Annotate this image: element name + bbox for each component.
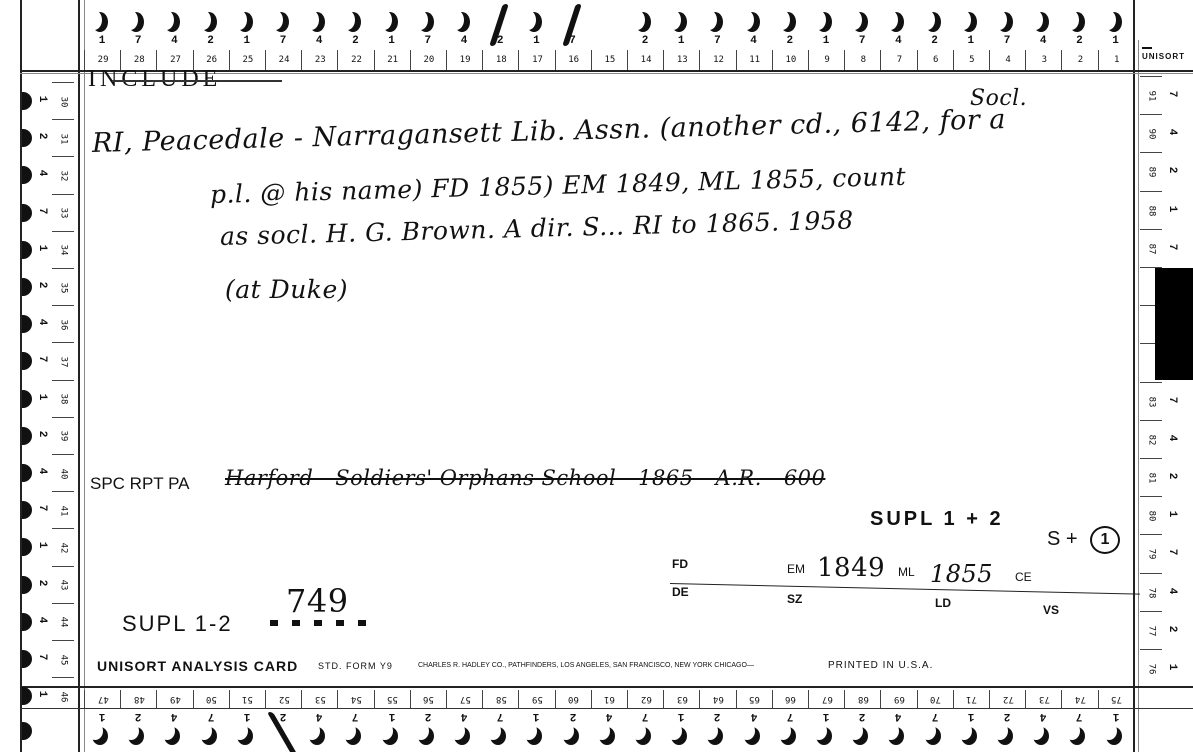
- supl-left-label: SUPL 1-2: [122, 611, 233, 637]
- cell-number: 72: [1003, 690, 1014, 708]
- punch-hole-icon: [961, 12, 979, 34]
- top-cell-6: 6: [917, 50, 954, 70]
- punch-hole-icon: [273, 12, 291, 34]
- code-digit: 4: [454, 35, 474, 47]
- cell-number: 66: [785, 690, 796, 708]
- cell-number: 40: [58, 468, 68, 479]
- code-digit: 4: [309, 35, 329, 47]
- cell-number: 89: [1146, 167, 1156, 178]
- code-digit: 1: [526, 35, 546, 47]
- hole-shape: [780, 727, 796, 745]
- top-cell-17: 17: [518, 50, 555, 70]
- code-digit: 1: [961, 710, 981, 722]
- cell-number: 41: [58, 505, 68, 516]
- hole-shape: [273, 12, 289, 32]
- top-cell-22: 22: [337, 50, 374, 70]
- code-digit: 2: [201, 35, 221, 47]
- footer-form: STD. FORM Y9: [318, 661, 393, 671]
- punch-hole-icon: [22, 501, 32, 519]
- code-digit: 7: [1166, 88, 1178, 100]
- right-strip-inner-border: [1138, 40, 1139, 752]
- code-digit: 4: [1033, 710, 1053, 722]
- punch-hole-icon: [22, 129, 32, 147]
- cell-number: 50: [206, 690, 217, 708]
- ce-label: CE: [1015, 570, 1032, 584]
- right-cell-78: 78: [1140, 573, 1162, 612]
- code-digit: 2: [36, 130, 48, 142]
- bottom-cell-54: 54: [337, 690, 374, 708]
- punch-hole-icon: [382, 12, 400, 34]
- code-digit: 2: [997, 710, 1017, 722]
- punch-hole-icon: [707, 12, 725, 34]
- cell-number: 46: [58, 691, 68, 702]
- cell-number: 32: [58, 171, 68, 182]
- top-cell-16: 16: [555, 50, 592, 70]
- cell-number: 87: [1146, 243, 1156, 254]
- punch-hole-icon: [22, 204, 32, 222]
- punch-hole-icon: [237, 12, 255, 34]
- top-cell-18: 18: [482, 50, 519, 70]
- hole-shape: [1106, 12, 1122, 32]
- left-cell-33: 33: [52, 194, 74, 232]
- entry-line-3: as socl. H. G. Brown. A dir. S... RI to …: [220, 205, 854, 251]
- cell-number: 62: [641, 690, 652, 708]
- code-digit: 7: [36, 502, 48, 514]
- punch-hole-icon: [671, 727, 689, 747]
- entry-line-4: (at Duke): [225, 275, 348, 304]
- bottom-cell-66: 66: [772, 690, 809, 708]
- hole-shape: [1069, 12, 1085, 32]
- bottom-cell-75: 75: [1098, 690, 1135, 708]
- bottom-code-line: [20, 708, 1193, 709]
- code-digit: 7: [1166, 546, 1178, 558]
- hole-shape: [345, 727, 361, 745]
- punch-hole-icon: [92, 727, 110, 747]
- punch-hole-icon: [22, 315, 32, 333]
- footer-publisher: CHARLES R. HADLEY CO., PATHFINDERS, LOS …: [418, 662, 754, 669]
- cell-number: 63: [677, 690, 688, 708]
- code-digit: 1: [92, 35, 112, 47]
- left-cell-37: 37: [52, 342, 74, 380]
- punch-hole-icon: [925, 12, 943, 34]
- bottom-cell-72: 72: [989, 690, 1026, 708]
- punch-hole-icon: [22, 390, 32, 408]
- cell-number: 55: [387, 690, 398, 708]
- cell-number: 61: [604, 690, 615, 708]
- cell-number: 33: [58, 208, 68, 219]
- code-digit: 4: [36, 465, 48, 477]
- punch-hole-icon: [22, 427, 32, 445]
- code-digit: 4: [1166, 126, 1178, 138]
- punch-hole-icon: [707, 727, 725, 747]
- cell-number: 68: [858, 690, 869, 708]
- top-cell-3: 3: [1025, 50, 1062, 70]
- top-cell-19: 19: [446, 50, 483, 70]
- hole-shape: [961, 727, 977, 745]
- hole-shape: [635, 12, 651, 32]
- hole-shape: [671, 727, 687, 745]
- hole-shape: [961, 12, 977, 32]
- punch-hole-icon: [22, 722, 32, 740]
- left-cell-34: 34: [52, 231, 74, 269]
- punch-hole-icon: [852, 727, 870, 747]
- cell-number: 74: [1075, 690, 1086, 708]
- left-cell-40: 40: [52, 454, 74, 492]
- cell-number: 35: [58, 282, 68, 293]
- left-cell-46: 46: [52, 677, 74, 715]
- bottom-cell-59: 59: [518, 690, 555, 708]
- code-digit: 4: [744, 710, 764, 722]
- left-cell-43: 43: [52, 566, 74, 604]
- entry-line-2: p.l. @ his name) FD 1855) EM 1849, ML 18…: [210, 162, 907, 209]
- code-digit: 4: [1166, 432, 1178, 444]
- code-digit: 1: [1106, 35, 1126, 47]
- code-digit: 7: [201, 710, 221, 722]
- bottom-strip-border: [20, 686, 1193, 688]
- card-left-border: [20, 0, 22, 752]
- top-cell-14: 14: [627, 50, 664, 70]
- bottom-cell-64: 64: [699, 690, 736, 708]
- bottom-cell-53: 53: [301, 690, 338, 708]
- cell-number: 67: [822, 690, 833, 708]
- bottom-cell-73: 73: [1025, 690, 1062, 708]
- code-digit: 7: [36, 353, 48, 365]
- punch-hole-icon: [345, 727, 363, 747]
- punch-hole-icon: [816, 727, 834, 747]
- hole-shape: [526, 727, 542, 745]
- stamp-strikethrough: [112, 80, 282, 82]
- cell-number: 37: [58, 357, 68, 368]
- right-cell-80: 80: [1140, 496, 1162, 535]
- cell-number: 38: [58, 394, 68, 405]
- left-strip-border: [78, 0, 80, 752]
- punch-hole-icon: [164, 12, 182, 34]
- entry-line-1: RI, Peacedale - Narragansett Lib. Assn. …: [92, 104, 1007, 159]
- hole-shape: [237, 727, 253, 745]
- bottom-cell-62: 62: [627, 690, 664, 708]
- cell-number: 80: [1146, 511, 1156, 522]
- em-value: 1849: [817, 553, 885, 583]
- punch-hole-icon: [418, 727, 436, 747]
- code-digit: 1: [382, 710, 402, 722]
- sz-label: SZ: [787, 592, 802, 606]
- top-cell-13: 13: [663, 50, 700, 70]
- code-digit: 4: [36, 316, 48, 328]
- top-cell-21: 21: [374, 50, 411, 70]
- code-digit: 2: [852, 710, 872, 722]
- cell-number: 81: [1146, 473, 1156, 484]
- code-digit: 1: [961, 35, 981, 47]
- cell-number: 77: [1146, 625, 1156, 636]
- brand-corner-dash: [1142, 47, 1152, 49]
- right-cell-79: 79: [1140, 534, 1162, 573]
- code-digit: 2: [1166, 470, 1178, 482]
- cell-number: 64: [713, 690, 724, 708]
- hole-shape: [418, 727, 434, 745]
- code-digit: 2: [925, 35, 945, 47]
- spc-rpt-label: SPC RPT PA: [90, 474, 190, 494]
- code-digit: 4: [599, 710, 619, 722]
- hole-shape: [164, 727, 180, 745]
- punch-hole-icon: [201, 12, 219, 34]
- punch-hole-icon: [1069, 12, 1087, 34]
- punch-hole-icon: [1033, 12, 1051, 34]
- bottom-cell-68: 68: [844, 690, 881, 708]
- punch-hole-icon: [92, 12, 110, 34]
- cell-number: 49: [170, 690, 181, 708]
- hole-shape: [309, 727, 325, 745]
- cell-number: 76: [1146, 664, 1156, 675]
- bottom-cell-50: 50: [193, 690, 230, 708]
- punch-hole-icon: [744, 12, 762, 34]
- bottom-cell-56: 56: [410, 690, 447, 708]
- ml-label: ML: [898, 565, 915, 579]
- code-digit: 2: [36, 428, 48, 440]
- hole-shape: [92, 727, 108, 745]
- punch-hole-icon: [635, 12, 653, 34]
- cell-number: 47: [98, 690, 109, 708]
- punch-hole-icon: [22, 92, 32, 110]
- bottom-cell-47: 47: [84, 690, 121, 708]
- cell-number: 54: [351, 690, 362, 708]
- code-digit: 2: [418, 710, 438, 722]
- hole-shape: [707, 727, 723, 745]
- hole-shape: [382, 727, 398, 745]
- punch-hole-icon: [816, 12, 834, 34]
- bottom-cell-60: 60: [555, 690, 592, 708]
- left-cell-31: 31: [52, 119, 74, 157]
- punch-hole-icon: [201, 727, 219, 747]
- code-digit: 1: [36, 242, 48, 254]
- bottom-cell-74: 74: [1061, 690, 1098, 708]
- code-digit: 1: [237, 35, 257, 47]
- punch-hole-icon: [22, 613, 32, 631]
- cell-number: 56: [423, 690, 434, 708]
- code-digit: 1: [816, 710, 836, 722]
- code-digit: 2: [1166, 164, 1178, 176]
- left-cell-35: 35: [52, 268, 74, 306]
- punch-hole-icon: [309, 12, 327, 34]
- punch-hole-icon: [22, 241, 32, 259]
- bottom-cell-55: 55: [374, 690, 411, 708]
- right-cell-90: 90: [1140, 114, 1162, 153]
- code-digit: 4: [888, 35, 908, 47]
- top-cell-15: 15: [591, 50, 628, 70]
- punch-hole-icon: [997, 727, 1015, 747]
- code-digit: 1: [1166, 508, 1178, 520]
- punch-hole-icon: [599, 727, 617, 747]
- bottom-cell-71: 71: [953, 690, 990, 708]
- cell-number: 31: [58, 133, 68, 144]
- punch-hole-icon: [418, 12, 436, 34]
- hole-shape: [888, 727, 904, 745]
- punch-hole-icon: [780, 727, 798, 747]
- hole-shape: [1033, 12, 1049, 32]
- cell-number: 58: [496, 690, 507, 708]
- left-cell-44: 44: [52, 603, 74, 641]
- de-label: DE: [672, 585, 689, 599]
- code-digit: 4: [164, 710, 184, 722]
- cell-number: 60: [568, 690, 579, 708]
- punch-hole-icon: [1106, 727, 1124, 747]
- hole-shape: [1033, 727, 1049, 745]
- hole-shape: [744, 727, 760, 745]
- cell-number: 91: [1146, 91, 1156, 102]
- punch-hole-icon: [345, 12, 363, 34]
- hole-shape: [309, 12, 325, 32]
- field-divider-line: [670, 583, 1140, 595]
- supl-left-number: 749: [286, 582, 349, 620]
- punch-hole-icon: [22, 278, 32, 296]
- ml-value: 1855: [930, 560, 993, 588]
- punch-hole-icon: [22, 352, 32, 370]
- right-cell-76: 76: [1140, 649, 1162, 688]
- code-digit: 7: [1166, 394, 1178, 406]
- cell-number: 44: [58, 617, 68, 628]
- hole-shape: [201, 727, 217, 745]
- right-cell-83: 83: [1140, 382, 1162, 421]
- hole-shape: [128, 12, 144, 32]
- cell-number: 78: [1146, 587, 1156, 598]
- code-digit: 1: [92, 710, 112, 722]
- hole-shape: [345, 12, 361, 32]
- cell-number: 59: [532, 690, 543, 708]
- code-digit: 7: [1166, 241, 1178, 253]
- hole-shape: [997, 12, 1013, 32]
- cell-number: 71: [966, 690, 977, 708]
- right-cell-82: 82: [1140, 420, 1162, 459]
- hole-shape: [816, 12, 832, 32]
- code-digit: 7: [345, 710, 365, 722]
- code-digit: 1: [36, 93, 48, 105]
- punch-hole-icon: [852, 12, 870, 34]
- code-digit: 7: [36, 205, 48, 217]
- punch-hole-icon: [925, 727, 943, 747]
- top-cell-7: 7: [880, 50, 917, 70]
- top-cell-20: 20: [410, 50, 447, 70]
- punch-hole-icon: [997, 12, 1015, 34]
- fd-label: FD: [672, 557, 688, 571]
- punch-hole-icon: [382, 727, 400, 747]
- punch-hole-icon: [490, 727, 508, 747]
- supl-left-dots: [270, 620, 380, 626]
- code-digit: 4: [164, 35, 184, 47]
- top-cell-9: 9: [808, 50, 845, 70]
- punch-hole-icon: [744, 727, 762, 747]
- code-digit: 1: [36, 391, 48, 403]
- supl-right-label: SUPL 1 + 2: [870, 508, 1004, 531]
- punch-hole-icon: [309, 727, 327, 747]
- code-digit: 7: [273, 35, 293, 47]
- cell-number: 43: [58, 580, 68, 591]
- punch-hole-icon: [780, 12, 798, 34]
- cell-number: 65: [749, 690, 760, 708]
- left-cell-41: 41: [52, 491, 74, 529]
- cell-number: 48: [134, 690, 145, 708]
- brand-corner-label: UNISORT: [1142, 52, 1185, 61]
- punch-hole-icon: [128, 727, 146, 747]
- cell-number: 36: [58, 319, 68, 330]
- punch-hole-icon: [22, 464, 32, 482]
- code-digit: 2: [780, 35, 800, 47]
- hole-shape: [454, 12, 470, 32]
- punch-hole-icon: [454, 12, 472, 34]
- cell-number: 51: [242, 690, 253, 708]
- code-digit: 1: [1166, 661, 1178, 673]
- top-cell-25: 25: [229, 50, 266, 70]
- code-digit: 7: [925, 710, 945, 722]
- cell-number: 34: [58, 245, 68, 256]
- cell-number: 73: [1039, 690, 1050, 708]
- punch-hole-icon: [22, 538, 32, 556]
- bottom-cell-51: 51: [229, 690, 266, 708]
- hole-shape: [852, 12, 868, 32]
- left-cell-32: 32: [52, 156, 74, 194]
- right-cell-91: 91: [1140, 76, 1162, 115]
- supl-circled-number: 1: [1090, 526, 1120, 554]
- top-cell-11: 11: [736, 50, 773, 70]
- top-cell-8: 8: [844, 50, 881, 70]
- left-cell-39: 39: [52, 417, 74, 455]
- right-cell-88: 88: [1140, 191, 1162, 230]
- punch-hole-icon: [22, 687, 32, 705]
- code-digit: 1: [382, 35, 402, 47]
- code-digit: 1: [526, 710, 546, 722]
- left-strip-inner-border: [84, 0, 85, 752]
- hole-shape: [671, 12, 687, 32]
- left-cell-38: 38: [52, 380, 74, 418]
- cell-number: 90: [1146, 129, 1156, 140]
- code-digit: 2: [635, 35, 655, 47]
- code-digit: 1: [671, 710, 691, 722]
- cell-number: 70: [930, 690, 941, 708]
- hole-shape: [707, 12, 723, 32]
- punch-hole-icon: [961, 727, 979, 747]
- top-cell-10: 10: [772, 50, 809, 70]
- cell-number: 42: [58, 543, 68, 554]
- code-digit: 7: [36, 651, 48, 663]
- code-digit: 7: [635, 710, 655, 722]
- left-cell-45: 45: [52, 640, 74, 678]
- code-digit: 4: [888, 710, 908, 722]
- code-digit: 4: [36, 614, 48, 626]
- hole-shape: [92, 12, 108, 32]
- bottom-cell-52: 52: [265, 690, 302, 708]
- cell-number: 39: [58, 431, 68, 442]
- top-cell-4: 4: [989, 50, 1026, 70]
- code-digit: 2: [128, 710, 148, 722]
- hole-shape: [925, 727, 941, 745]
- punch-hole-icon: [237, 727, 255, 747]
- code-digit: 4: [744, 35, 764, 47]
- code-digit: 1: [1166, 203, 1178, 215]
- code-digit: 2: [1166, 623, 1178, 635]
- bottom-cell-63: 63: [663, 690, 700, 708]
- cell-number: 53: [315, 690, 326, 708]
- hole-shape: [997, 727, 1013, 745]
- left-cell-42: 42: [52, 528, 74, 566]
- punch-hole-icon: [22, 166, 32, 184]
- punch-hole-icon: [526, 12, 544, 34]
- spc-rpt-text: Harford - Soldiers' Orphans School - 186…: [225, 466, 825, 490]
- hole-shape: [201, 12, 217, 32]
- code-digit: 7: [1069, 710, 1089, 722]
- cell-number: 57: [460, 690, 471, 708]
- hole-shape: [925, 12, 941, 32]
- right-strip-border: [1133, 0, 1135, 752]
- cell-number: 45: [58, 654, 68, 665]
- supl-right-mark: S +: [1047, 528, 1078, 551]
